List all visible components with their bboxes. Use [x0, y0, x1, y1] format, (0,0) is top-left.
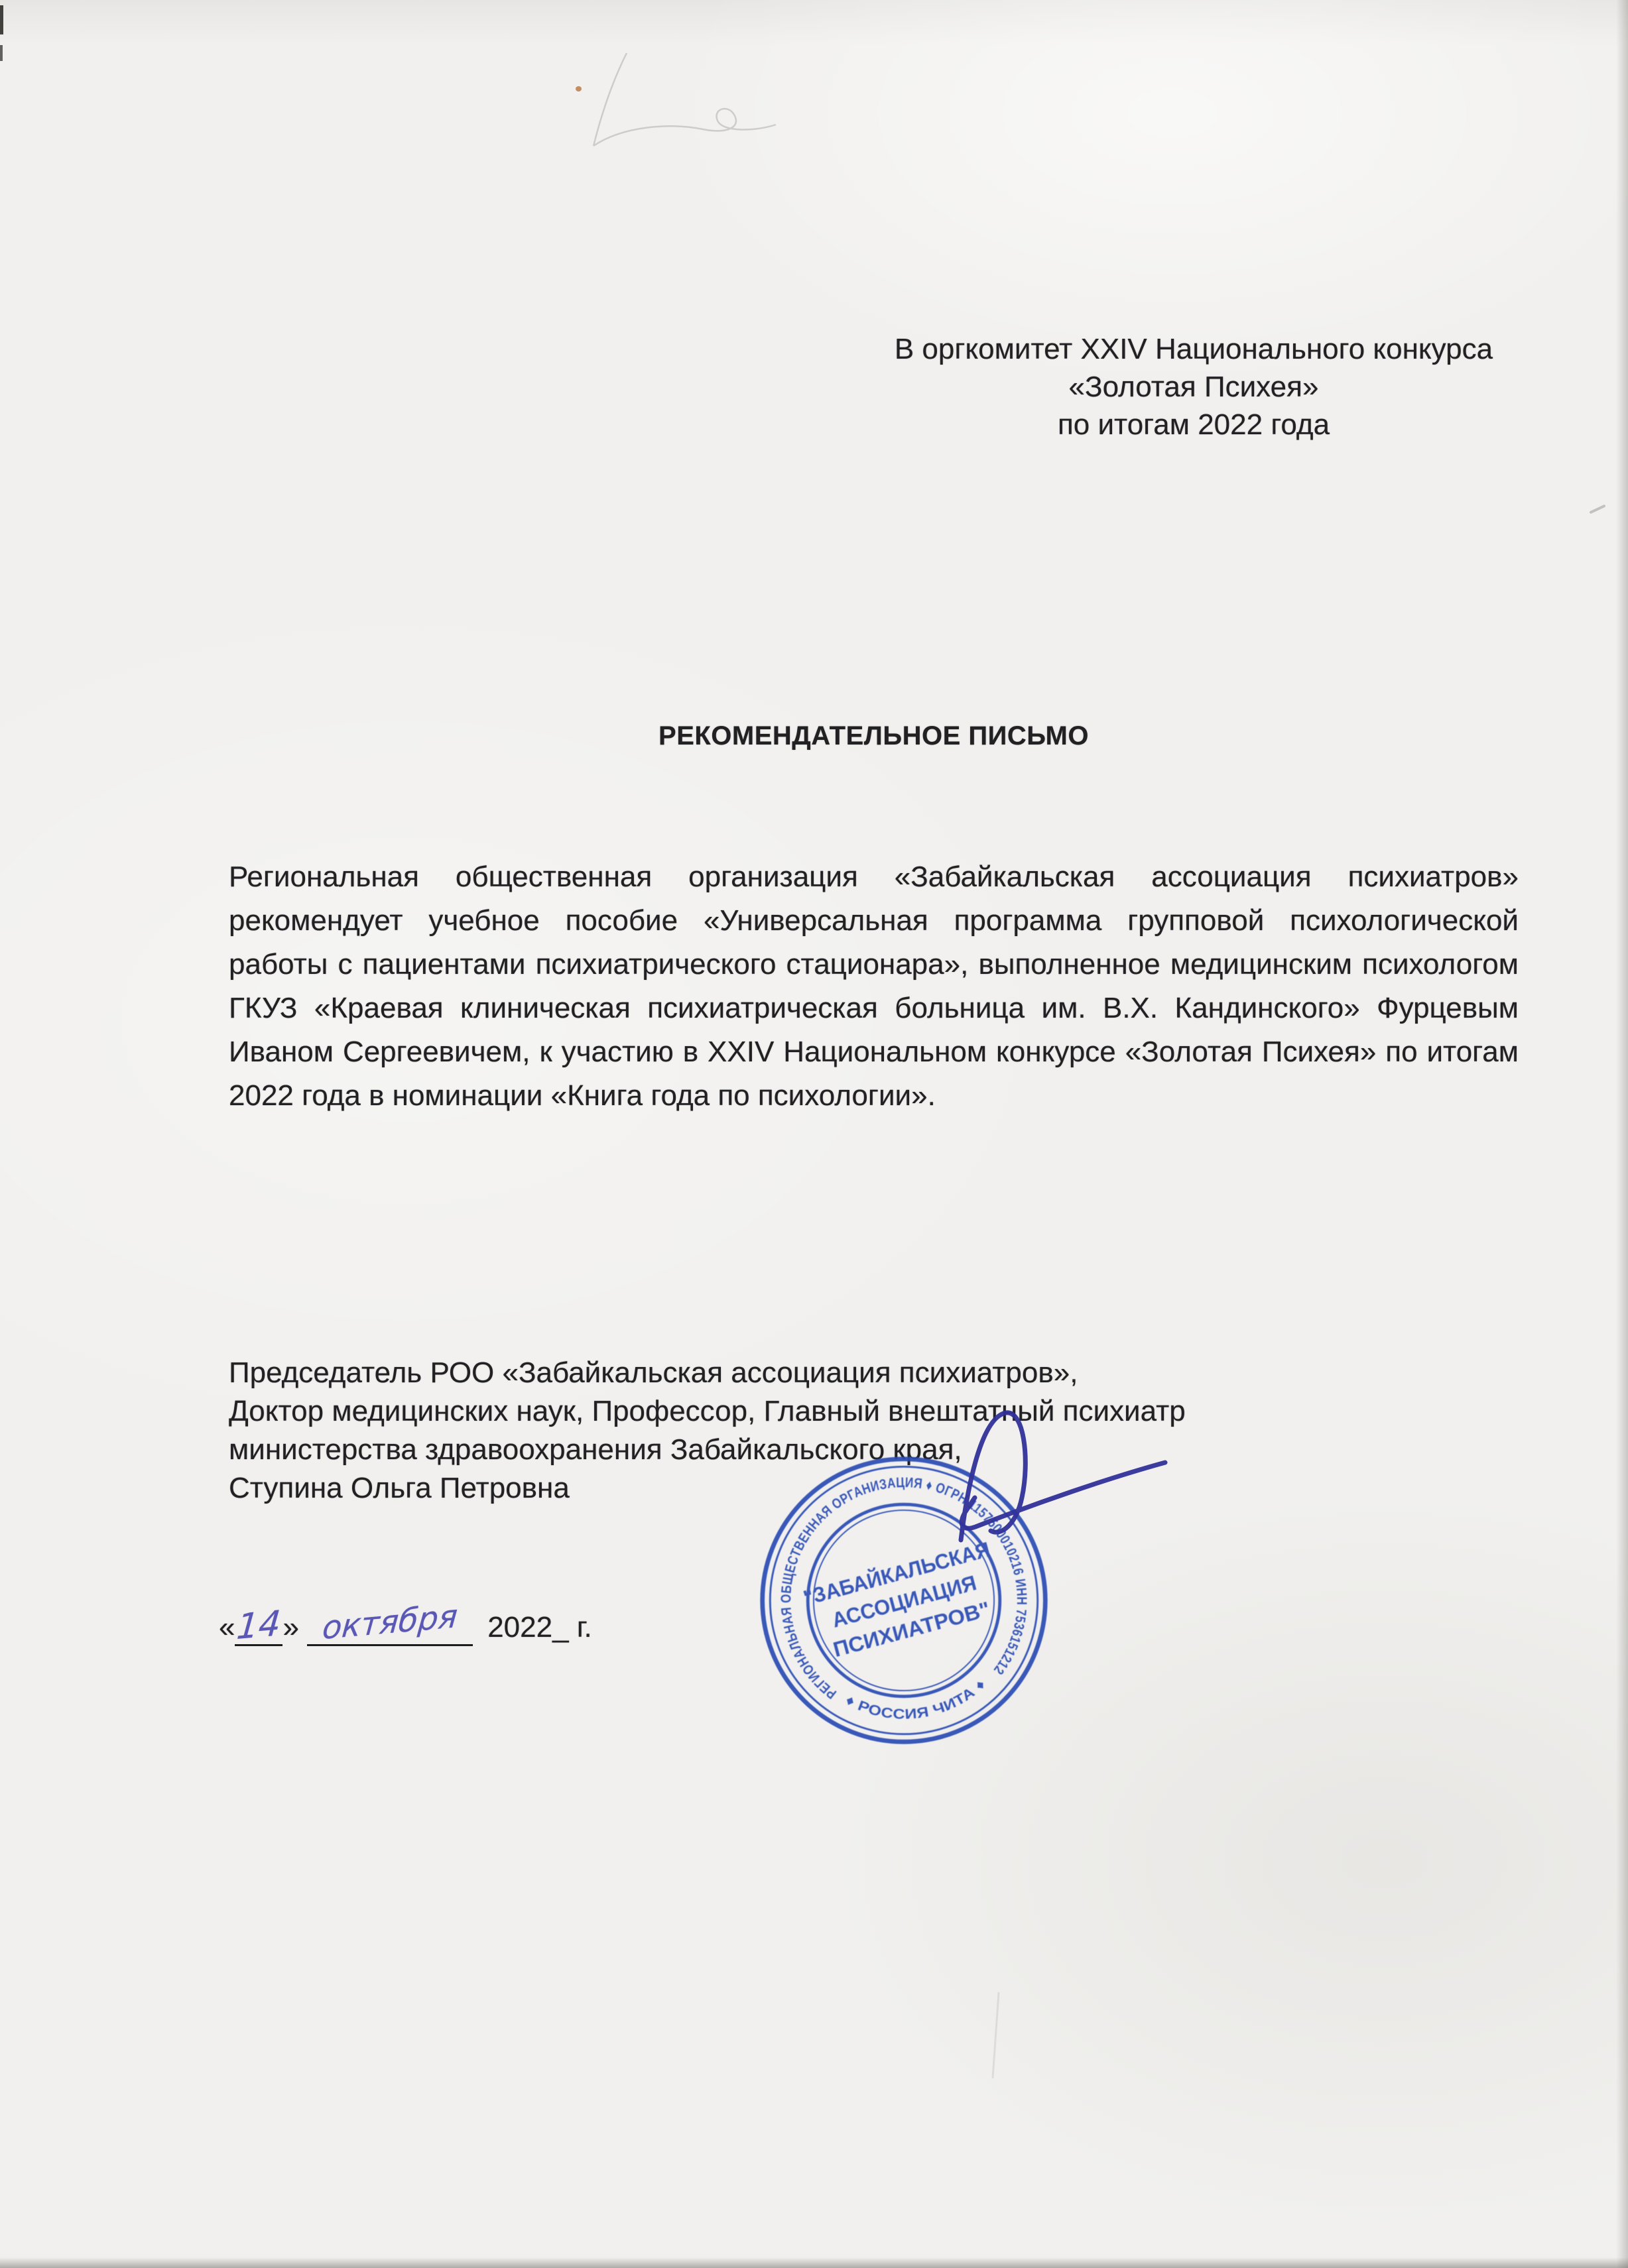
- letter-title: РЕКОМЕНДАТЕЛЬНОЕ ПИСЬМО: [229, 721, 1519, 751]
- recipient-block: В оргкомитет XXIV Национального конкурса…: [889, 330, 1499, 444]
- date-year-suffix: г.: [577, 1611, 592, 1643]
- stamp-ring-text-bottom: ♦ РОССИЯ ЧИТА ♦: [843, 1677, 989, 1722]
- date-open-quote: «: [219, 1611, 235, 1643]
- recipient-line-2: «Золотая Психея»: [889, 368, 1499, 406]
- date-day-blank: 14: [235, 1611, 282, 1646]
- recipient-line-1: В оргкомитет XXIV Национального конкурса: [889, 330, 1499, 368]
- date-line: «14» октября2022_ г.: [219, 1611, 592, 1646]
- scan-artifact-edge-mark: [0, 5, 3, 34]
- handwritten-signature: [925, 1389, 1190, 1561]
- handwritten-day: 14: [236, 1610, 282, 1641]
- recipient-line-3: по итогам 2022 года: [889, 406, 1499, 444]
- scan-artifact-dot: [576, 86, 582, 91]
- date-close-quote: »: [282, 1611, 298, 1643]
- signatory-position-line: Председатель РОО «Забайкальская ассоциац…: [229, 1354, 1356, 1392]
- date-year: 2022_: [487, 1611, 568, 1643]
- handwritten-month: октября: [322, 1603, 459, 1641]
- scan-artifact-edge-mark: [0, 45, 3, 61]
- body-paragraph: Региональная общественная организация «З…: [229, 855, 1519, 1118]
- scan-artifact-squiggle: [564, 46, 829, 179]
- scan-edge-shadow-bottom: [0, 2257, 1628, 2268]
- scan-edge-shadow-right: [1616, 0, 1628, 2268]
- date-month-blank: октября: [307, 1611, 473, 1646]
- signature-diagonal-stroke: [962, 1462, 1165, 1528]
